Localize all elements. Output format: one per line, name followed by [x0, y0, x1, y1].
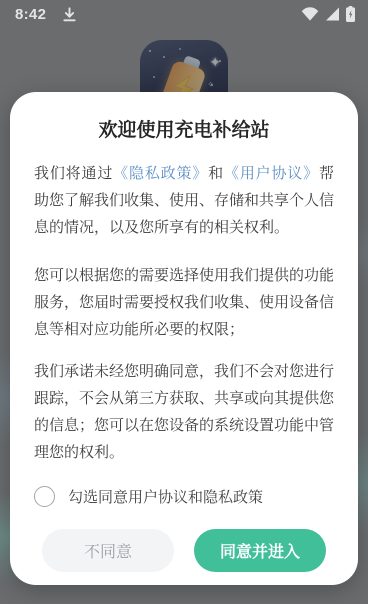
agree-button[interactable]: 同意并进入 [194, 529, 326, 572]
page-root: 8:42 [0, 0, 368, 604]
wifi-icon [301, 7, 319, 21]
agreement-checkbox-row[interactable]: 勾选同意用户协议和隐私政策 [34, 486, 334, 507]
agreement-checkbox[interactable] [34, 486, 55, 507]
paragraph1-pre: 我们将通过 [34, 165, 113, 182]
commitment-paragraph: 我们承诺未经您明确同意，我们不会对您进行跟踪，不会从第三方获取、共享或向其提供您… [34, 358, 334, 466]
download-icon [62, 7, 77, 22]
user-agreement-link[interactable]: 《用户协议》 [224, 165, 319, 182]
status-bar: 8:42 [0, 0, 368, 28]
battery-charging-icon [346, 6, 355, 22]
dialog-title: 欢迎使用充电补给站 [34, 118, 334, 144]
status-right-icons [301, 6, 355, 22]
dialog-button-row: 不同意 同意并进入 [34, 529, 334, 572]
status-time: 8:42 [15, 6, 46, 23]
agreement-checkbox-label: 勾选同意用户协议和隐私政策 [68, 486, 263, 507]
privacy-policy-link[interactable]: 《隐私政策》 [113, 165, 208, 182]
permissions-paragraph: 您可以根据您的需要选择使用我们提供的功能服务，您届时需要授权我们收集、使用设备信… [34, 262, 334, 343]
disagree-button[interactable]: 不同意 [42, 529, 174, 572]
privacy-dialog: 欢迎使用充电补给站 我们将通过《隐私政策》和《用户协议》帮助您了解我们收集、使用… [10, 92, 358, 585]
cellular-signal-icon [325, 7, 340, 21]
paragraph1-mid: 和 [208, 165, 224, 182]
privacy-intro-paragraph: 我们将通过《隐私政策》和《用户协议》帮助您了解我们收集、使用、存储和共享个人信息… [34, 160, 334, 241]
